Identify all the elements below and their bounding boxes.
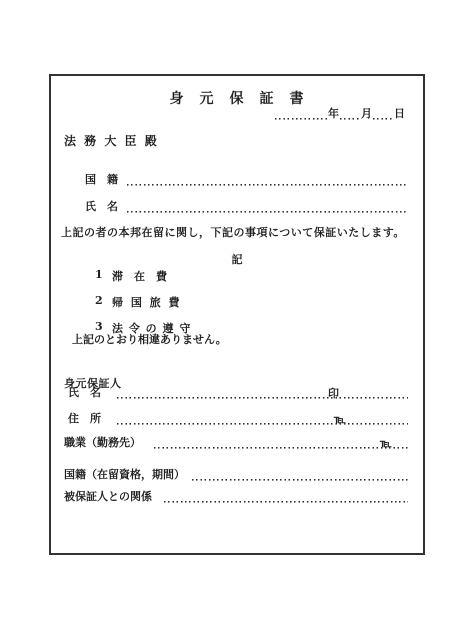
document-page: 身 元 保 証 書 年 月 日 法 務 大 臣 殿 国 籍 氏 名 上記の者の本… <box>49 74 425 555</box>
item-text: 滞 在 費 <box>112 268 167 284</box>
item-number: 2 <box>95 294 103 310</box>
addressee-minister-of-justice: 法 務 大 臣 殿 <box>64 132 159 149</box>
guarantor-relationship-label: 被保証人との関係 <box>64 490 164 503</box>
name-label: 氏 名 <box>85 200 127 213</box>
nationality-fill-line <box>127 174 408 186</box>
guarantor-occupation-fill-line <box>154 437 408 449</box>
item-text: 帰 国 旅 費 <box>112 294 182 310</box>
affirmation-statement: 上記のとおり相違ありません。 <box>72 331 227 347</box>
date-dotted-leader <box>373 108 393 120</box>
guarantor-address-fill-line <box>117 413 408 425</box>
seal-mark: 印 <box>328 388 339 400</box>
guarantor-row-relationship: 被保証人との関係 <box>64 487 408 503</box>
record-heading: 記 <box>51 251 423 267</box>
year-label: 年 <box>327 107 340 120</box>
field-row-nationality: 国 籍 <box>85 170 408 186</box>
tel-mark: ℡ <box>380 438 392 450</box>
guarantor-name-label: 氏 名 <box>68 386 117 399</box>
field-row-name: 氏 名 <box>85 197 408 213</box>
month-label: 月 <box>360 107 373 120</box>
guarantor-name-fill-line <box>117 387 408 399</box>
date-line: 年 月 日 <box>275 104 406 120</box>
item-number: 1 <box>95 268 103 284</box>
name-fill-line <box>127 201 408 213</box>
guarantor-nationality-fill-line <box>192 469 408 481</box>
guarantor-occupation-label: 職業（勤務先） <box>64 436 154 449</box>
guarantor-row-nationality-status: 国籍（在留資格，期間） <box>64 465 408 481</box>
guarantor-relationship-fill-line <box>164 491 408 503</box>
date-dotted-leader <box>275 108 327 120</box>
nationality-label: 国 籍 <box>85 173 127 186</box>
guarantor-address-label: 住 所 <box>68 412 117 425</box>
date-dotted-leader <box>340 108 360 120</box>
day-label: 日 <box>393 107 406 120</box>
guarantor-row-address: 住 所 ℡ <box>68 409 408 425</box>
list-item-living-expenses: 1 滞 在 費 <box>95 268 167 284</box>
list-item-return-travel-expenses: 2 帰 国 旅 費 <box>95 294 182 310</box>
guarantor-row-name: 氏 名 印 <box>68 383 408 399</box>
guarantor-row-occupation: 職業（勤務先） ℡ <box>64 433 408 449</box>
guarantor-nationality-label: 国籍（在留資格，期間） <box>64 468 192 481</box>
tel-mark: ℡ <box>334 414 346 426</box>
guarantee-statement: 上記の者の本邦在留に関し，下記の事項について保証いたします。 <box>61 224 405 240</box>
